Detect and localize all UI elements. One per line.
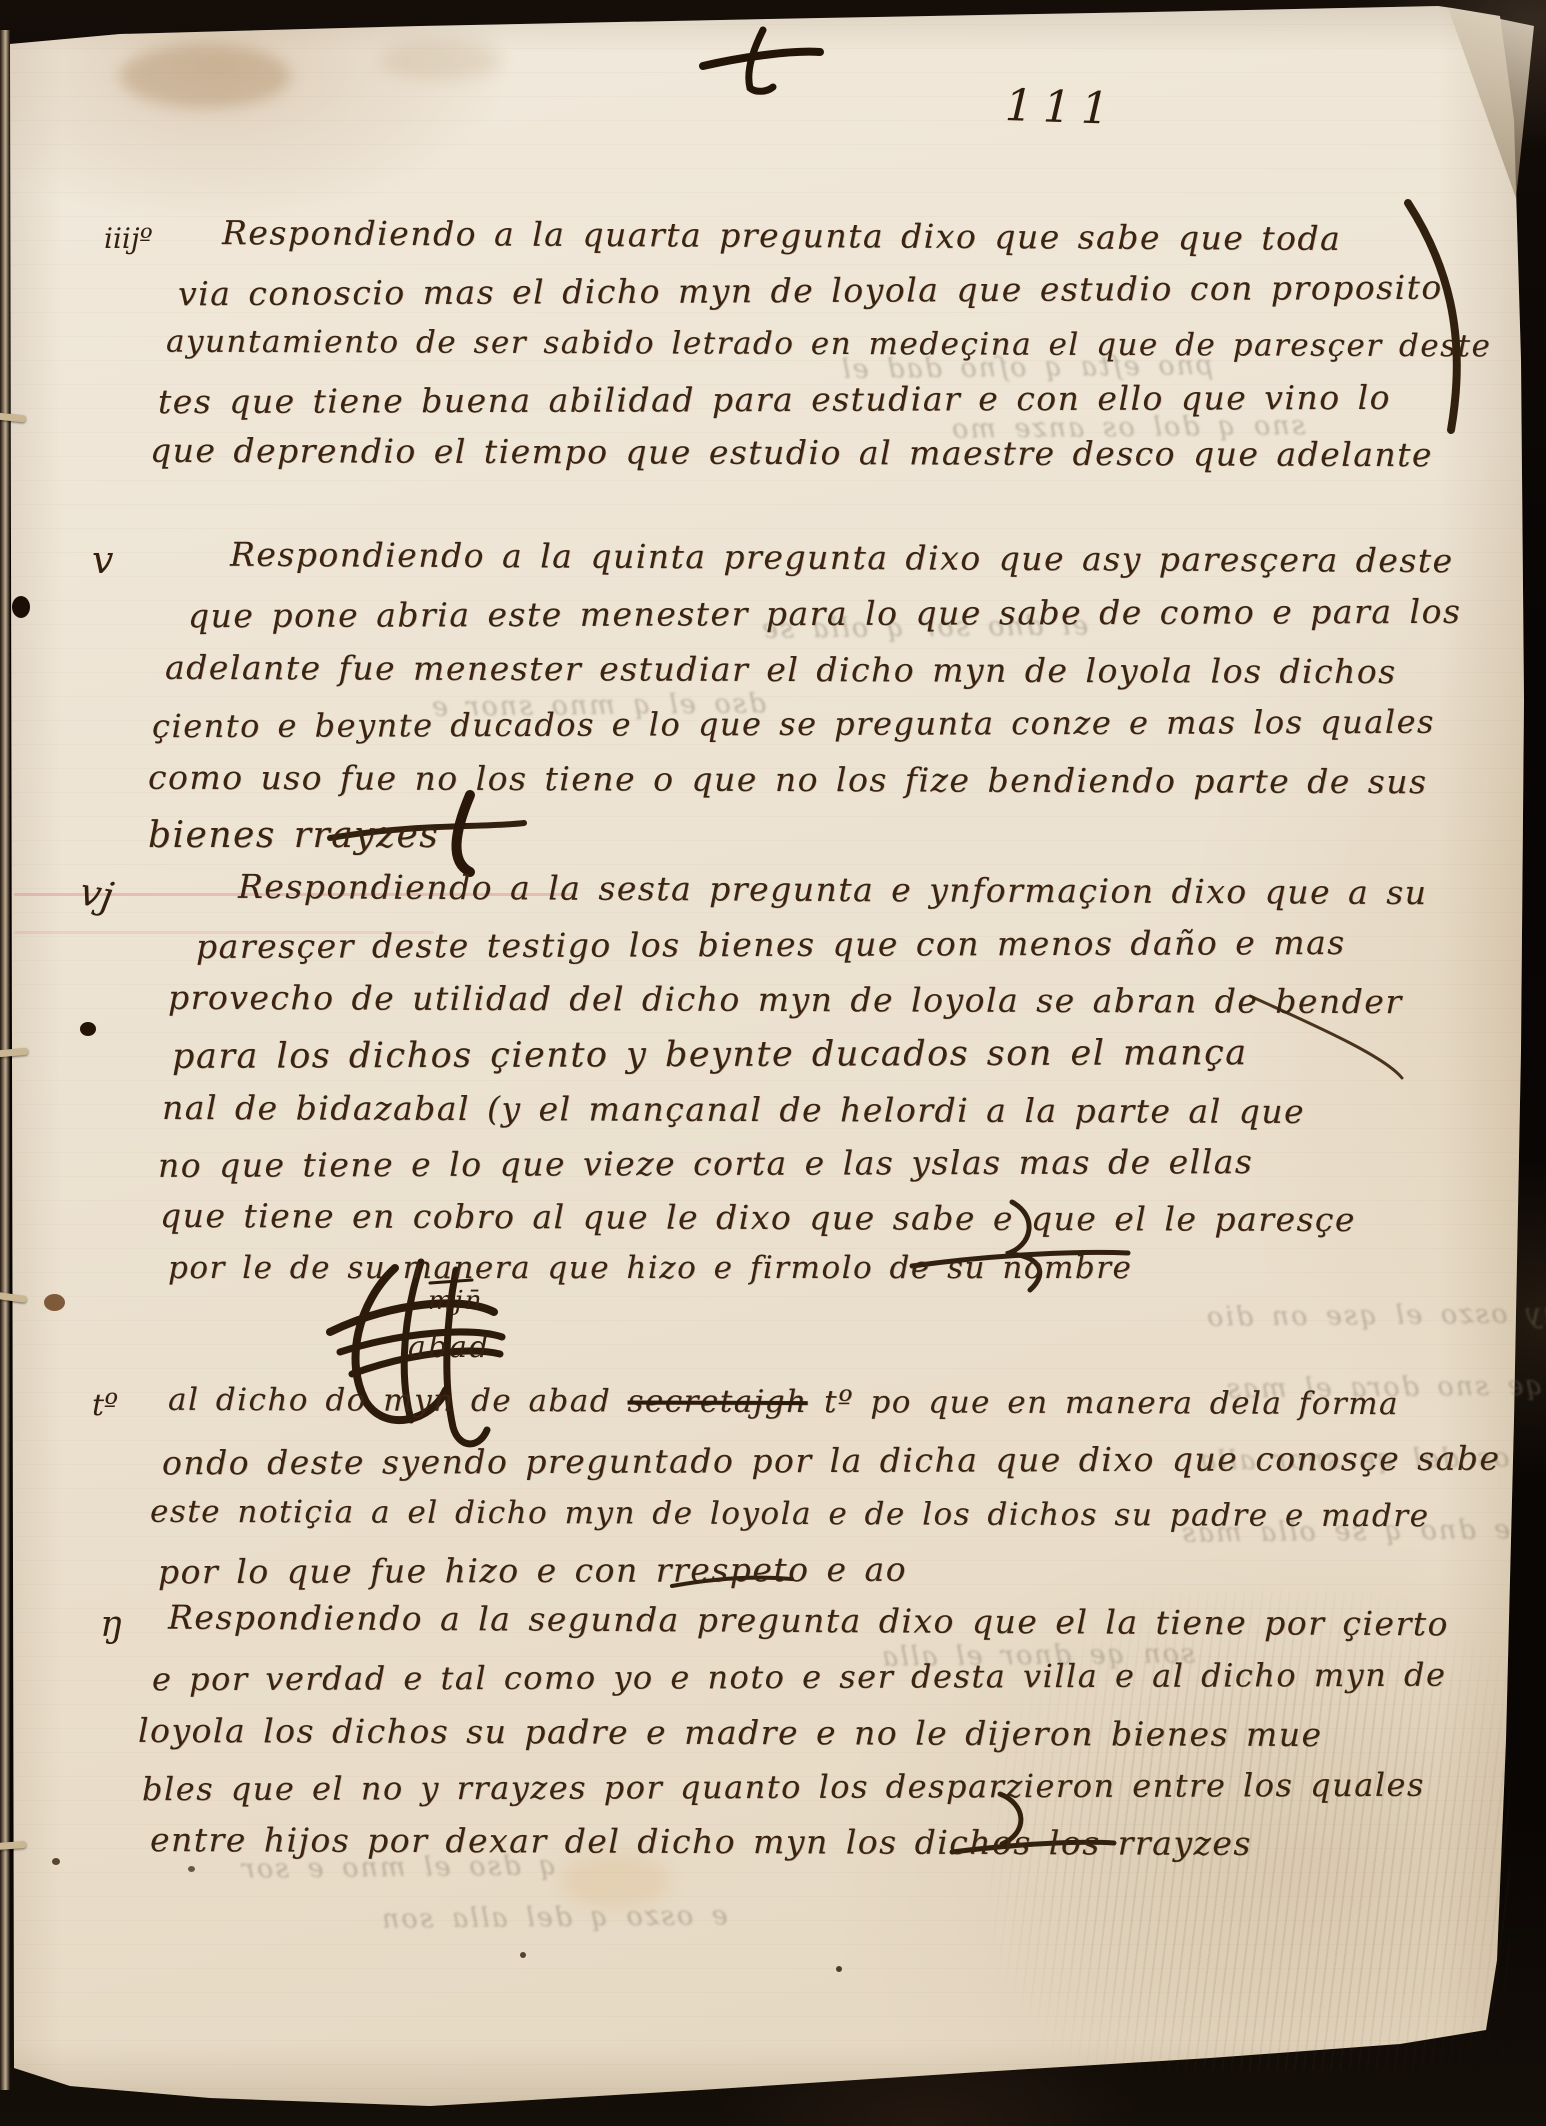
margin-numeral: ŋ bbox=[100, 1604, 123, 1645]
handwriting-line: bienes rrayzes bbox=[148, 815, 439, 856]
handwriting-line: al dicho do myn de abad secretajgh tº po… bbox=[168, 1382, 1399, 1422]
handwriting-line: nal de bidazabal (y el mançanal de helor… bbox=[162, 1088, 1305, 1131]
handwriting-line: ayuntamiento de ser sabido letrado en me… bbox=[166, 324, 1491, 365]
handwriting-line: entre hijos por dexar del dicho myn los … bbox=[150, 1820, 1252, 1863]
handwriting-line: loyola los dichos su padre e madre e no … bbox=[138, 1711, 1323, 1754]
handwriting-line: paresçer deste testigo los bienes que co… bbox=[196, 923, 1346, 966]
handwriting-line: para los dichos çiento y beynte ducados … bbox=[172, 1033, 1248, 1077]
margin-numeral: tº bbox=[92, 1388, 118, 1423]
handwriting-line: Respondiendo a la sesta pregunta e ynfor… bbox=[238, 867, 1428, 912]
handwriting-line: Respondiendo a la quarta pregunta dixo q… bbox=[222, 213, 1341, 258]
handwriting-line: este notiçia a el dicho myn de loyola e … bbox=[150, 1494, 1430, 1534]
line-segment: al dicho do myn de abad bbox=[168, 1382, 628, 1420]
handwriting-line: no que tiene e lo que vieze corta e las … bbox=[158, 1142, 1253, 1185]
handwriting-line: por le de su manera que hizo e firmolo d… bbox=[168, 1250, 1132, 1286]
margin-numeral: v bbox=[92, 538, 113, 582]
handwriting-line: que deprendio el tiempo que estudio al m… bbox=[150, 431, 1433, 474]
handwriting-line: Respondiendo a la segunda pregunta dixo … bbox=[168, 1598, 1449, 1644]
line-segment: tº po que en manera dela forma bbox=[808, 1384, 1400, 1422]
cross-mark bbox=[703, 52, 820, 66]
handwriting-line: adelante fue menester estudiar el dicho … bbox=[165, 648, 1397, 691]
folio-number: 111 bbox=[1004, 80, 1120, 135]
margin-numeral: iiijº bbox=[104, 222, 153, 255]
handwriting-line: que tiene en cobro al que le dixo que sa… bbox=[160, 1196, 1356, 1239]
handwriting-line: Respondiendo a la quinta pregunta dixo q… bbox=[230, 535, 1454, 580]
handwriting-line: bles que el no y rrayzes por quanto los … bbox=[142, 1766, 1425, 1808]
struck-word: secretajgh bbox=[627, 1383, 807, 1420]
handwriting-line: que pone abria este menester para lo que… bbox=[188, 592, 1461, 635]
handwriting-line: via conoscio mas el dicho myn de loyola … bbox=[178, 268, 1443, 314]
handwriting-line: tes que tiene buena abilidad para estudi… bbox=[158, 378, 1391, 421]
handwriting-line: çiento e beynte ducados e lo que se preg… bbox=[152, 703, 1435, 745]
handwriting-line: por lo que fue hizo e con rrespeto e ao bbox=[158, 1550, 907, 1592]
handwriting-line: provecho de utilidad del dicho myn de lo… bbox=[168, 978, 1403, 1021]
notary-rubric-name: abad bbox=[408, 1330, 490, 1365]
notary-rubric-name: mjn̄ bbox=[428, 1286, 483, 1316]
handwriting-line: como uso fue no los tiene o que no los f… bbox=[148, 758, 1428, 801]
manuscript-photo: pno eſta q oſno dad el sno q dol os anze… bbox=[0, 0, 1546, 2126]
handwriting-line: e por verdad e tal como yo e noto e ser … bbox=[152, 1656, 1447, 1699]
handwriting-line: ondo deste syendo preguntado por la dich… bbox=[162, 1439, 1501, 1483]
